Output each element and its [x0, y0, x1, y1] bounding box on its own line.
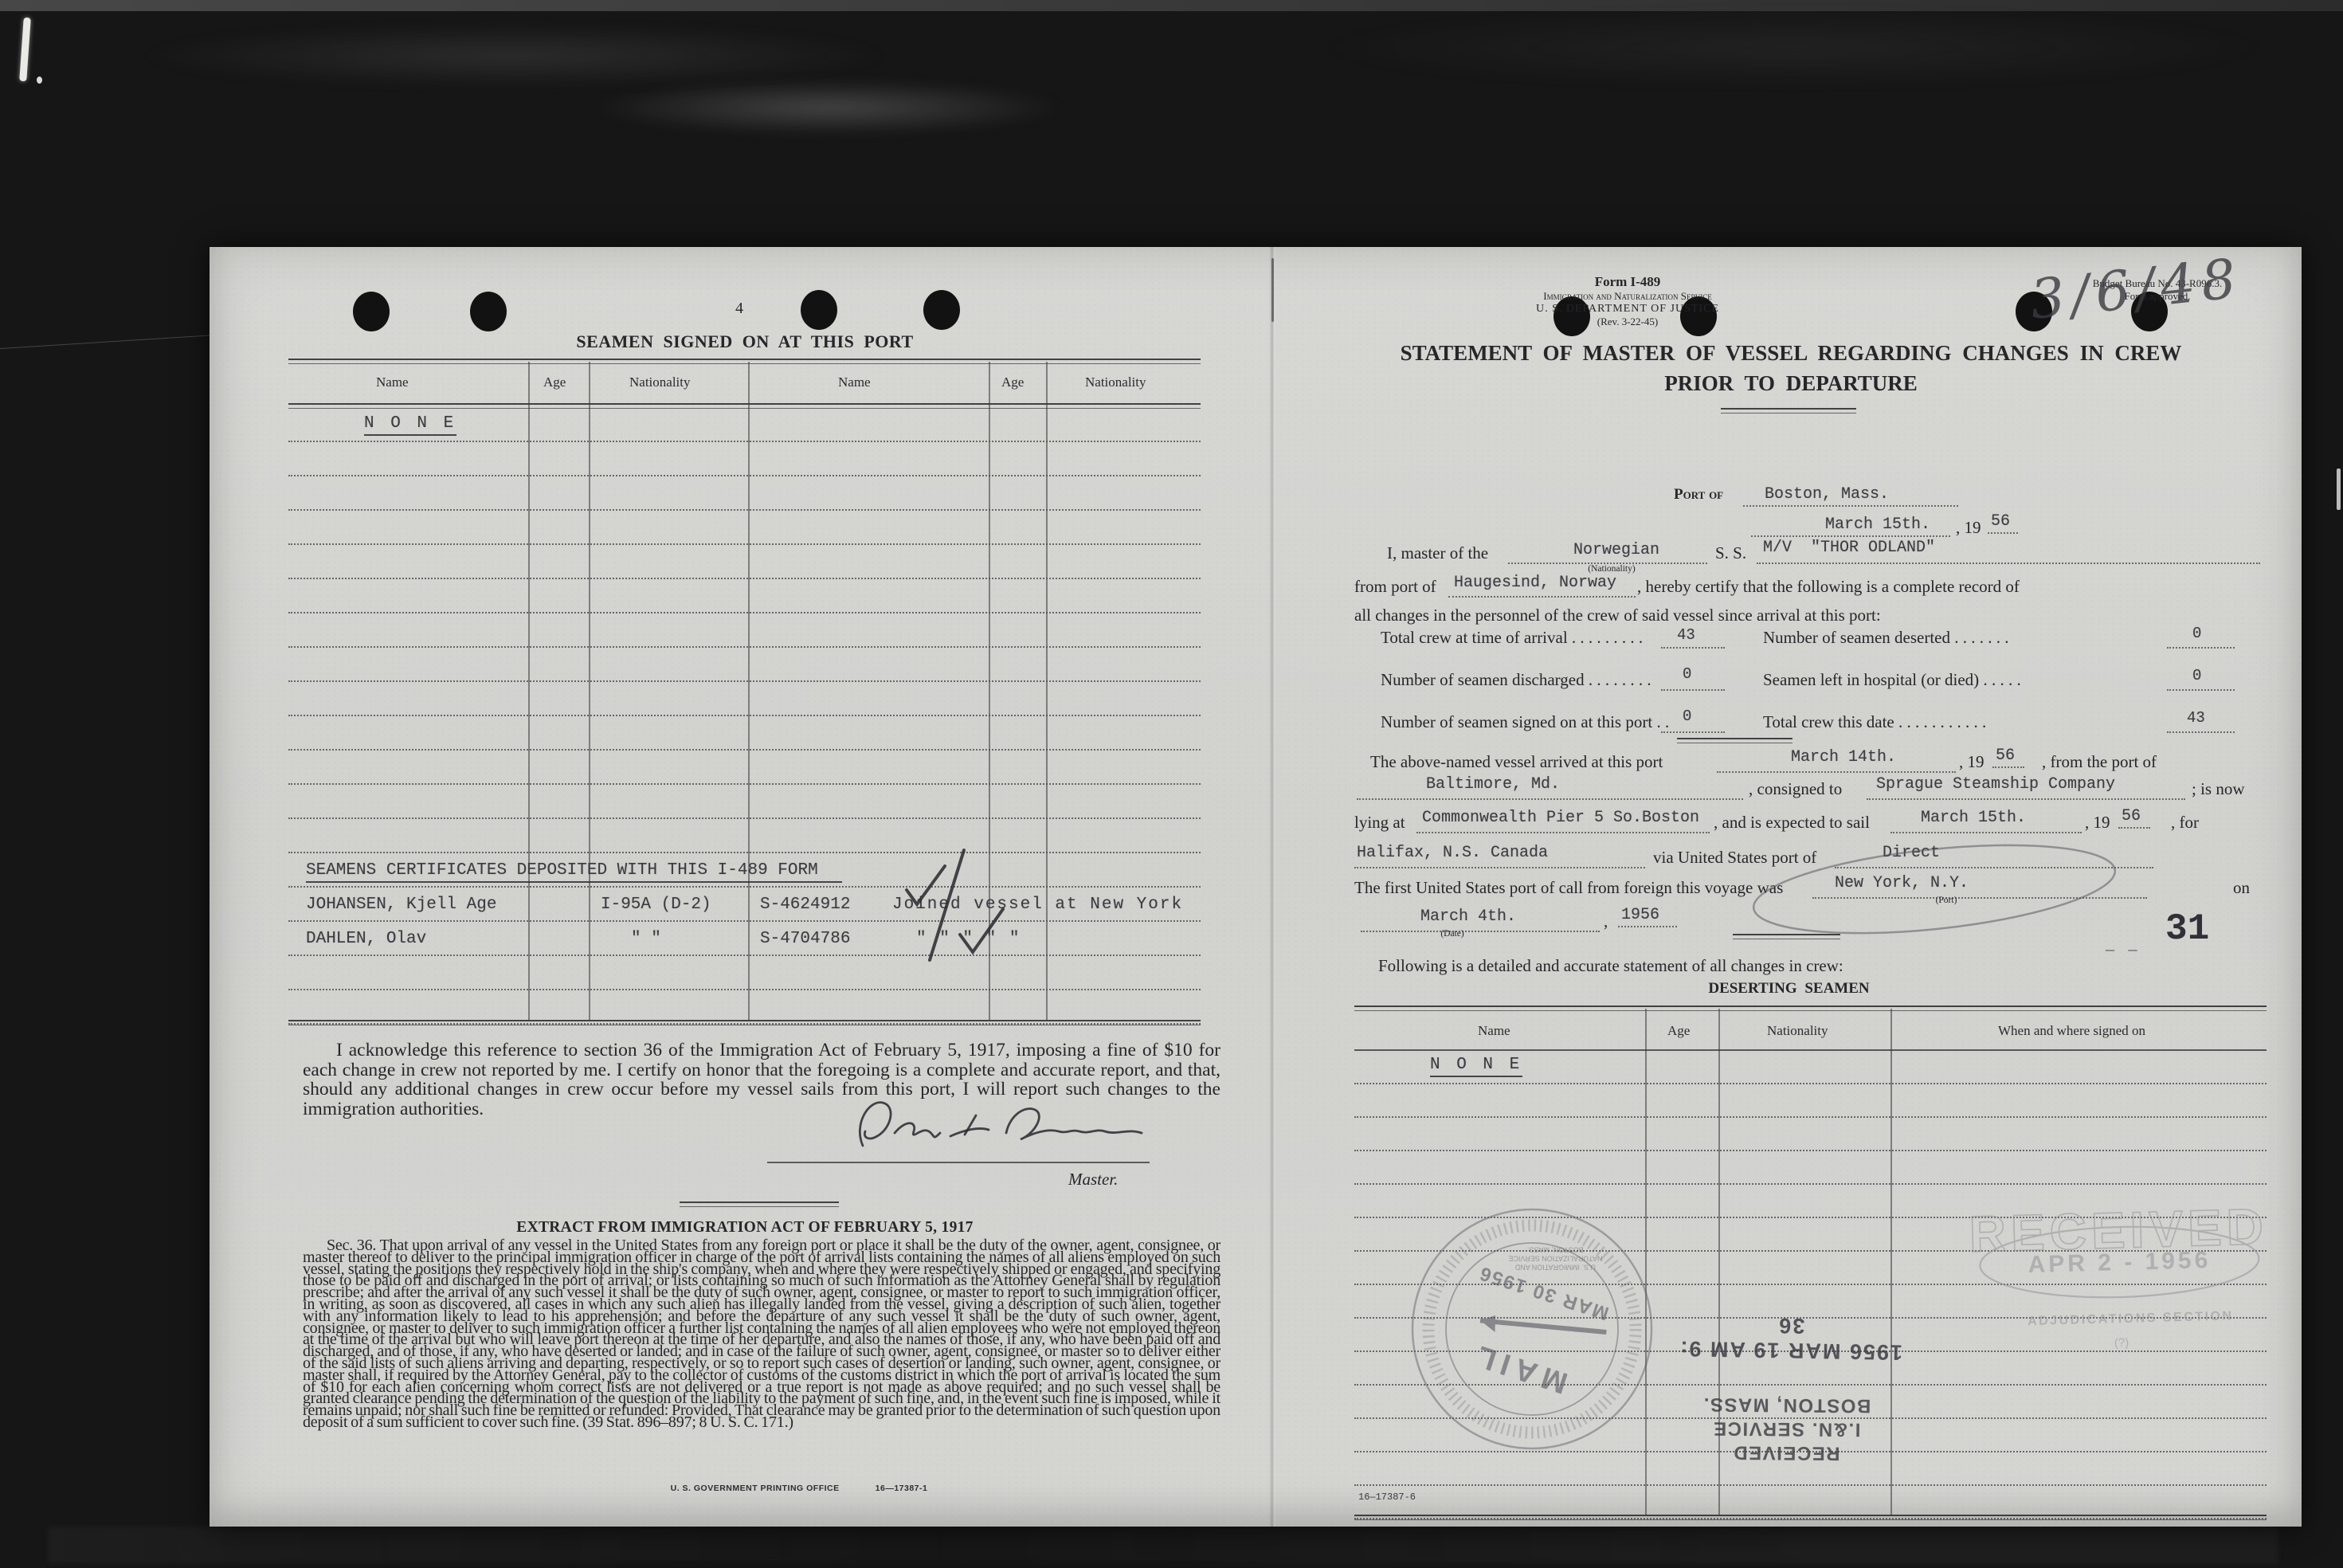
port-value: Boston, Mass.	[1765, 485, 1889, 504]
document-type: I-95A (D-2)	[601, 896, 711, 914]
stat-value: 0	[2192, 667, 2201, 684]
arrival-port: Baltimore, Md.	[1426, 775, 1560, 794]
printed-year-prefix: , 19	[1956, 518, 1981, 538]
section-divider	[680, 1201, 839, 1207]
from-port-value: Haugesind, Norway	[1454, 574, 1616, 592]
consigned-suffix: ; is now	[2192, 779, 2245, 799]
consignee-value: Sprague Steamship Company	[1876, 775, 2115, 794]
stat-label: Total crew this date . . . . . . . . . .…	[1763, 712, 1986, 732]
form-title-line2: PRIOR TO DEPARTURE	[1357, 371, 2225, 396]
punch-hole	[923, 290, 960, 330]
table-row: N O N E	[1354, 1049, 2267, 1084]
svg-text:ADJUDICATIONS SECTION: ADJUDICATIONS SECTION	[2028, 1309, 2234, 1328]
table-row	[288, 441, 1201, 476]
paper-spread: 4 SEAMEN SIGNED ON AT THIS PORT Name Age…	[210, 247, 2302, 1527]
none-entry: N O N E	[1430, 1056, 1522, 1077]
table-row: DAHLEN, Olav" "S-4704786" " " " "	[288, 920, 1201, 956]
table-row: SEAMENS CERTIFICATES DEPOSITED WITH THIS…	[288, 852, 1201, 888]
master-signature	[839, 1084, 1173, 1167]
crew-name: JOHANSEN, Kjell Age	[306, 896, 496, 914]
table-row: N O N E	[288, 406, 1201, 442]
gpo-footer: U. S. GOVERNMENT PRINTING OFFICE 16—1738…	[544, 1484, 1054, 1493]
stat-value: 0	[2192, 625, 2201, 642]
table-row	[288, 955, 1201, 990]
received-service-stamp: RECEIVED I.&N. SERVICE BOSTON, MASS.	[1693, 1392, 1881, 1465]
signature-caption: Master.	[1068, 1170, 1118, 1190]
stamp-line: BOSTON, MASS.	[1693, 1392, 1880, 1417]
scan-smudge	[1315, 8, 2271, 88]
signature-line	[767, 1162, 1150, 1163]
deserting-seamen-title: DESERTING SEAMEN	[1564, 980, 2014, 998]
received-datetime-stamp: 1956 MAR 19 AM 9: 36	[1667, 1311, 1914, 1364]
stats-divider	[1677, 738, 1793, 743]
table-row	[288, 578, 1201, 613]
form-print-code: 16—17387-6	[1358, 1492, 1416, 1503]
consigned-label: , consigned to	[1749, 779, 1842, 799]
certificate-number: S-4704786	[760, 930, 850, 948]
arrival-year-prefix: , 19	[1959, 752, 1984, 772]
table-row	[1354, 1083, 2267, 1118]
seamen-signed-on-table: Name Age Nationality Name Age Nationalit…	[288, 359, 1201, 1023]
stamp-line: I.&N. SERVICE	[1693, 1416, 1880, 1441]
arrival-prefix: The above-named vessel arrived at this p…	[1370, 752, 1663, 772]
circular-mail-stamp: MAIL MAR 30 1956 U.S. IMMIGRATION AND NA…	[1405, 1201, 1659, 1456]
handwritten-check-marks	[871, 841, 1046, 992]
date-comma: ,	[1604, 911, 1608, 931]
scan-smudge	[48, 1527, 2278, 1563]
punch-hole	[353, 292, 390, 331]
following-line: Following is a detailed and accurate sta…	[1378, 956, 1843, 976]
sail-suffix: , for	[2171, 813, 2199, 833]
stat-value: 43	[2187, 709, 2205, 727]
stat-blank	[1661, 712, 1725, 733]
stat-label: Number of seamen deserted . . . . . . .	[1763, 628, 2009, 648]
crew-name: DAHLEN, Olav	[306, 930, 426, 948]
sail-label: , and is expected to sail	[1714, 813, 1870, 833]
department-name: U. S. DEPARTMENT OF JUSTICE	[1484, 303, 1771, 316]
table-row	[1354, 1150, 2267, 1185]
stats-row: Total crew at time of arrival . . . . . …	[1354, 628, 2267, 652]
table-row	[288, 989, 1201, 1025]
pencil-dashes: – –	[2106, 939, 2142, 959]
table-row: JOHANSEN, Kjell AgeI-95A (D-2)S-4624912J…	[288, 886, 1201, 922]
stat-label: Number of seamen discharged . . . . . . …	[1381, 670, 1651, 690]
form-title-line1: STATEMENT OF MASTER OF VESSEL REGARDING …	[1357, 341, 2225, 366]
table-row	[288, 680, 1201, 716]
arrival-year: 56	[1992, 747, 2024, 768]
scan-smudge	[590, 80, 1068, 135]
left-table-rows: N O N ESEAMENS CERTIFICATES DEPOSITED WI…	[288, 359, 1201, 1023]
none-entry: N O N E	[364, 414, 456, 436]
punch-hole	[801, 290, 837, 330]
stat-blank	[1661, 670, 1725, 691]
handwritten-date-mark: 3/6/48	[2028, 247, 2246, 331]
received-outline-stamp: RECEIVED APR 2 - 1956 ADJUDICATIONS SECT…	[1944, 1181, 2299, 1377]
svg-text:U.S. IMMIGRATION AND: U.S. IMMIGRATION AND	[1514, 1264, 1596, 1272]
agency-name: Immigration and Naturalization Service	[1484, 290, 1771, 303]
pencil-page-number: 31	[2165, 908, 2209, 950]
punch-hole	[470, 292, 507, 331]
svg-text:BOSTON, MASS.: BOSTON, MASS.	[1527, 1246, 1584, 1254]
port-of-label: Port of	[1674, 486, 1723, 504]
ss-label: S. S.	[1715, 543, 1746, 563]
sail-year: 56	[2118, 807, 2150, 829]
stamp-line: RECEIVED	[1693, 1440, 1880, 1465]
table-row	[288, 475, 1201, 511]
table-row	[288, 749, 1201, 785]
svg-text:APR 2 - 1956: APR 2 - 1956	[2028, 1247, 2212, 1278]
first-port-date: March 4th.	[1420, 907, 1516, 926]
stat-value: 0	[1683, 665, 1691, 683]
lying-value: Commonwealth Pier 5 So.Boston	[1422, 809, 1699, 827]
printing-office-label: U. S. GOVERNMENT PRINTING OFFICE	[671, 1484, 840, 1493]
nationality-sublabel: (Nationality)	[1532, 564, 1691, 574]
extract-heading: EXTRACT FROM IMMIGRATION ACT OF FEBRUARY…	[426, 1219, 1064, 1237]
page-fold-crease	[1269, 247, 1276, 1527]
destination-value: Halifax, N.S. Canada	[1357, 844, 1548, 862]
scan-white-dot	[37, 76, 42, 84]
form-header-block: Form I-489 Immigration and Naturalizatio…	[1484, 274, 1771, 328]
table-row	[1354, 1116, 2267, 1151]
scan-white-streak	[19, 18, 31, 81]
svg-text:NATURALIZATION SERVICE: NATURALIZATION SERVICE	[1508, 1255, 1602, 1263]
title-rule	[1721, 408, 1856, 414]
certificates-note: SEAMENS CERTIFICATES DEPOSITED WITH THIS…	[306, 861, 842, 883]
stats-row: Number of seamen signed on at this port …	[1354, 712, 2267, 736]
arrival-suffix: , from the port of	[2042, 752, 2157, 772]
stat-label: Total crew at time of arrival . . . . . …	[1381, 628, 1643, 648]
print-code: 16—17387-1	[876, 1484, 928, 1493]
scan-smudge	[135, 24, 892, 88]
form-number: Form I-489	[1484, 274, 1771, 290]
stat-label: Seamen left in hospital (or died) . . . …	[1763, 670, 2021, 690]
document-type: " "	[631, 930, 661, 948]
first-port-suffix: on	[2233, 878, 2250, 898]
table-row	[1354, 1484, 2267, 1519]
table-row	[288, 783, 1201, 819]
fold-mark	[1271, 258, 1274, 322]
svg-text:(?): (?)	[2114, 1336, 2129, 1350]
table-row	[288, 543, 1201, 579]
revision-note: (Rev. 3-22-45)	[1484, 316, 1771, 328]
table-row	[288, 646, 1201, 682]
nationality-value: Norwegian	[1573, 541, 1659, 559]
year-value: 56	[1988, 512, 2018, 534]
scanned-document: 4 SEAMEN SIGNED ON AT THIS PORT Name Age…	[0, 0, 2343, 1568]
sail-date: March 15th.	[1921, 809, 2026, 827]
date-value: March 15th.	[1825, 515, 1930, 534]
date-sublabel: (Date)	[1381, 929, 1524, 939]
arrival-date: March 14th.	[1791, 748, 1896, 766]
scan-white-sliver	[2337, 468, 2341, 510]
certificate-number: S-4624912	[760, 896, 850, 914]
table-row	[288, 509, 1201, 545]
from-port-label: from port of	[1354, 577, 1436, 597]
scan-top-band	[0, 0, 2343, 11]
stat-value: 43	[1677, 626, 1695, 644]
table-row	[288, 612, 1201, 648]
extract-body: Sec. 36. That upon arrival of any vessel…	[303, 1240, 1220, 1429]
table-row	[288, 817, 1201, 853]
svg-text:MAIL: MAIL	[1467, 1337, 1572, 1400]
master-prefix: I, master of the	[1387, 543, 1488, 563]
page-number: 4	[735, 300, 743, 318]
from-port-suffix: , hereby certify that the following is a…	[1637, 577, 2020, 597]
table-row	[288, 715, 1201, 751]
stat-label: Number of seamen signed on at this port …	[1381, 712, 1669, 732]
continuation-line: all changes in the personnel of the crew…	[1354, 606, 1881, 625]
first-port-prefix: The first United States port of call fro…	[1354, 878, 1783, 898]
stat-value: 0	[1683, 708, 1691, 725]
section-divider	[1733, 934, 1840, 939]
stats-row: Number of seamen discharged . . . . . . …	[1354, 670, 2267, 694]
sail-year-prefix: , 19	[2085, 813, 2110, 833]
vessel-value: M/V "THOR ODLAND"	[1763, 539, 1935, 557]
first-port-year: 1956	[1618, 906, 1677, 927]
left-page-title: SEAMEN SIGNED ON AT THIS PORT	[426, 331, 1064, 352]
lying-label: lying at	[1354, 813, 1405, 833]
